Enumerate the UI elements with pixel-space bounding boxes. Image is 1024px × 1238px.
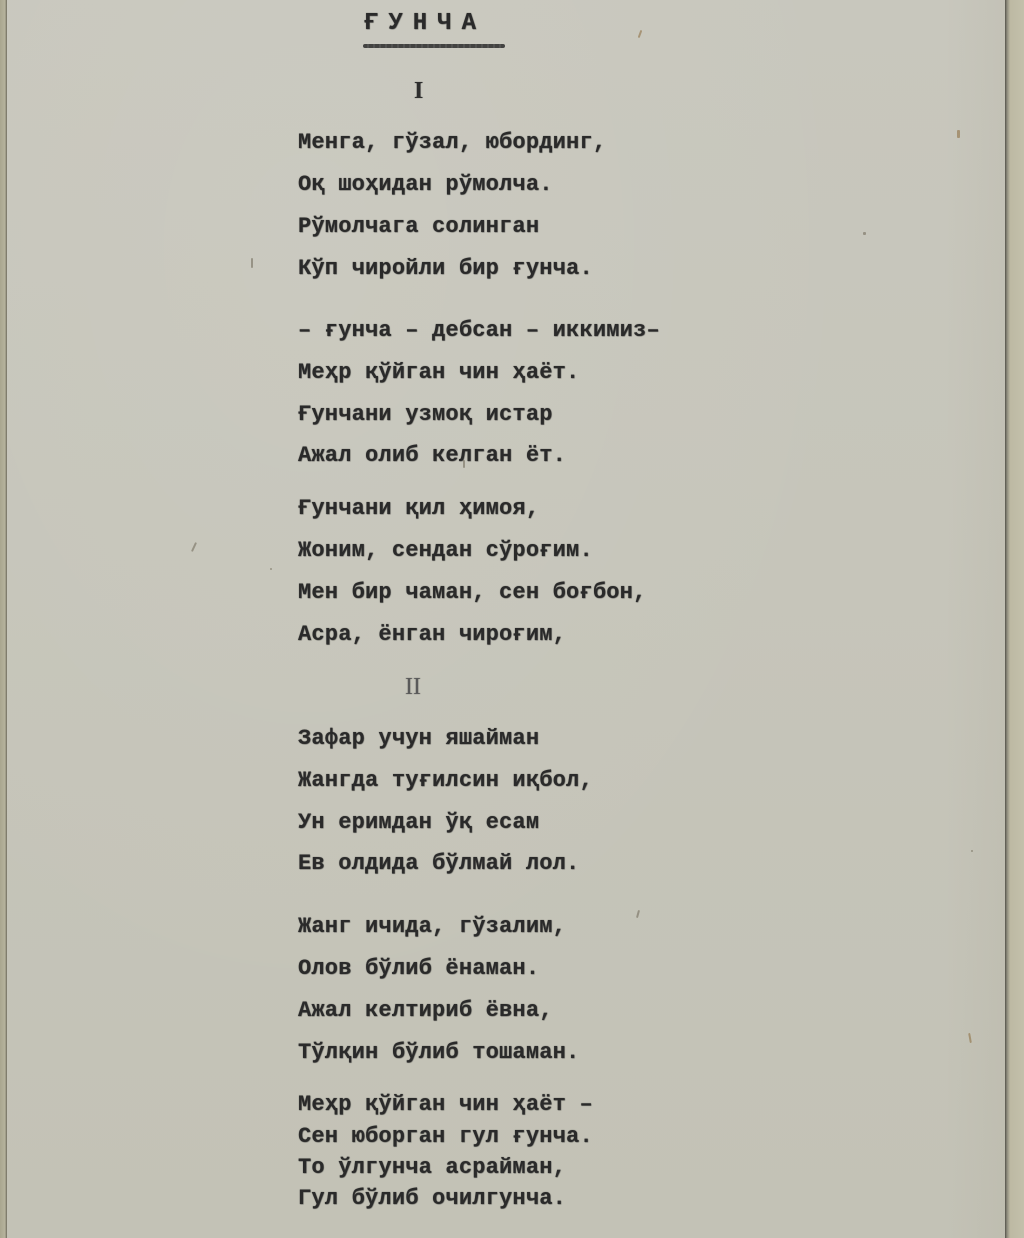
poem-line: Кўп чиройли бир ғунча. (298, 256, 593, 281)
poem-line: Ғунчани узмоқ истар (298, 402, 553, 427)
paper-speck (957, 130, 960, 138)
paper-speck (191, 542, 197, 552)
paper-speck (636, 910, 640, 918)
paper-speck (968, 1033, 972, 1043)
poem-line: Меҳр қўйган чин ҳаёт. (298, 360, 579, 385)
paper-speck (638, 30, 643, 38)
poem-line: Ун еримдан ўқ есам (298, 810, 539, 835)
poem-line: Ажал келтириб ёвна, (298, 998, 553, 1023)
title-underline (363, 44, 505, 48)
scanned-document: ҒУНЧА I Менга, гўзал, юбординг, Оқ шоҳид… (0, 0, 1024, 1238)
poem-line: Ажал олиб келган ёт. (298, 443, 566, 468)
poem-line: Рўмолчага солинган (298, 214, 539, 239)
section-numeral-1: I (414, 78, 423, 105)
paper-speck (863, 232, 866, 235)
paper-speck (971, 850, 973, 852)
poem-line: Ев олдида бўлмай лол. (298, 851, 579, 876)
poem-line: Сен юборган гул ғунча. (298, 1124, 593, 1149)
poem-line: Мен бир чаман, сен боғбон, (298, 580, 646, 605)
poem-line: Ғунчани қил ҳимоя, (298, 496, 539, 521)
section-numeral-2: II (405, 674, 421, 701)
poem-line: Меҳр қўйган чин ҳаёт – (298, 1092, 593, 1117)
poem-line: Тўлқин бўлиб тошаман. (298, 1040, 579, 1065)
poem-line: Жоним, сендан сўроғим. (298, 538, 593, 563)
poem-line: Жанг ичида, гўзалим, (298, 914, 566, 939)
poem-line: – ғунча – дебсан – иккимиз– (298, 318, 660, 343)
paper-speck (270, 568, 272, 570)
poem-line: Менга, гўзал, юбординг, (298, 130, 606, 155)
poem-line: Олов бўлиб ёнаман. (298, 956, 539, 981)
poem-line: Зафар учун яшайман (298, 726, 539, 751)
poem-line: То ўлгунча асрайман, (298, 1155, 566, 1180)
poem-line: Асра, ёнган чироғим, (298, 622, 566, 647)
poem-line: Жангда туғилсин иқбол, (298, 768, 593, 793)
poem-line: Гул бўлиб очилгунча. (298, 1186, 566, 1211)
right-paper-edge (1005, 0, 1024, 1238)
paper-speck (251, 258, 253, 268)
left-paper-edge (0, 0, 7, 1238)
poem-title: ҒУНЧА (364, 10, 486, 37)
poem-line: Оқ шоҳидан рўмолча. (298, 172, 553, 197)
